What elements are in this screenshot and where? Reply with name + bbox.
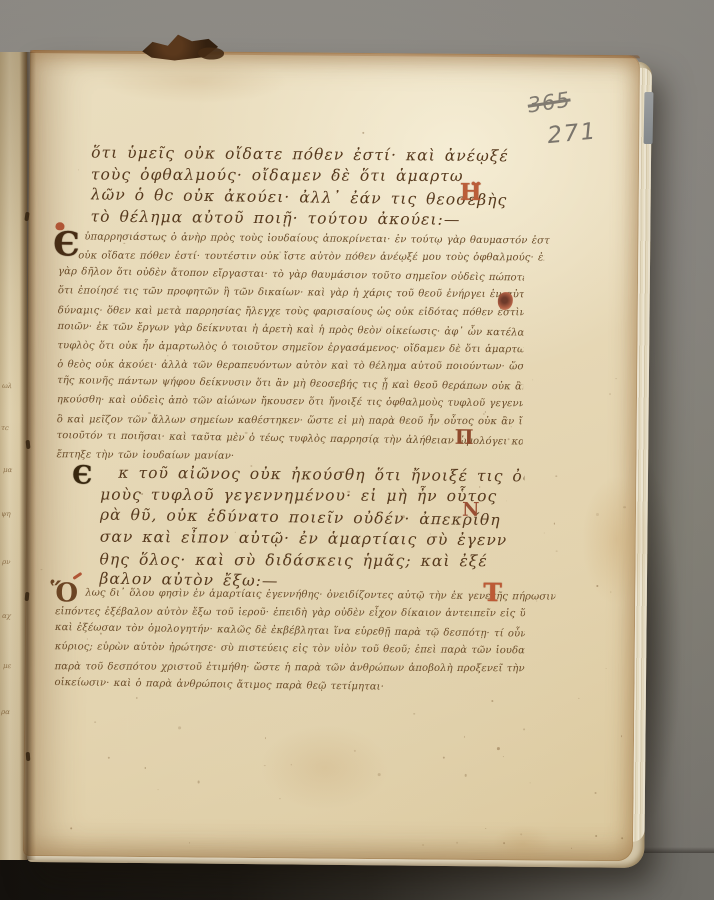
parchment-stain [100,59,290,105]
facing-page-edge: ωλ τϲ μα ψη ρν αχ με ρα [0,52,27,860]
folio-number-current: 271 [546,118,598,149]
facing-page-text-fragment: μα [3,466,13,475]
parchment-stain [259,724,390,811]
cover-edge-fragment [644,92,654,144]
gospel-lemma-john-9-32-34: κ τοῦ αἰῶνος οὐκ ἠκούσθη ὅτι ἤνοιξέ τις … [99,463,506,595]
facing-page-text-fragment: ωλ [2,382,12,391]
rubric-letter-pi: Π [455,425,474,449]
facing-page-text-fragment: ρν [2,558,11,567]
commentary-block-2: λως δι᾽ ὅλου φησὶν ἐν ἁμαρτίαις ἐγεννήθη… [54,584,525,697]
parchment-stain [493,824,553,865]
gospel-lemma-john-9-30-31: ὅτι ὑμεῖς οὐκ οἴδατε πόθεν ἐστί· καὶ ἀνέ… [90,143,515,232]
rubric-letter-nu: Ν [462,499,480,521]
folio-number-crossed-out: 365 [526,87,572,117]
decorated-initial-epsilon: Є [53,224,80,263]
rubric-letter-eta: Η̈ [460,179,482,206]
decorated-initial-omicron: Ὅ [50,578,78,608]
manuscript-photo: ωλ τϲ μα ψη ρν αχ με ρα 365 271 ὅτι ὑμεῖ… [0,0,714,900]
facing-page-text-fragment: αχ [2,612,11,621]
manuscript-page: 365 271 ὅτι ὑμεῖς οὐκ οἴδατε πόθεν ἐστί·… [23,50,640,861]
facing-page-text-fragment: ρα [1,708,10,717]
top-edge-damage-small [198,47,225,61]
facing-page-text-fragment: με [3,662,12,671]
facing-page-text-fragment: τϲ [1,424,9,433]
rubric-letter-tau: Τ [483,578,502,607]
initial-epsilon-lemma2: Є [72,460,92,489]
facing-page-text-fragment: ψη [1,510,11,519]
